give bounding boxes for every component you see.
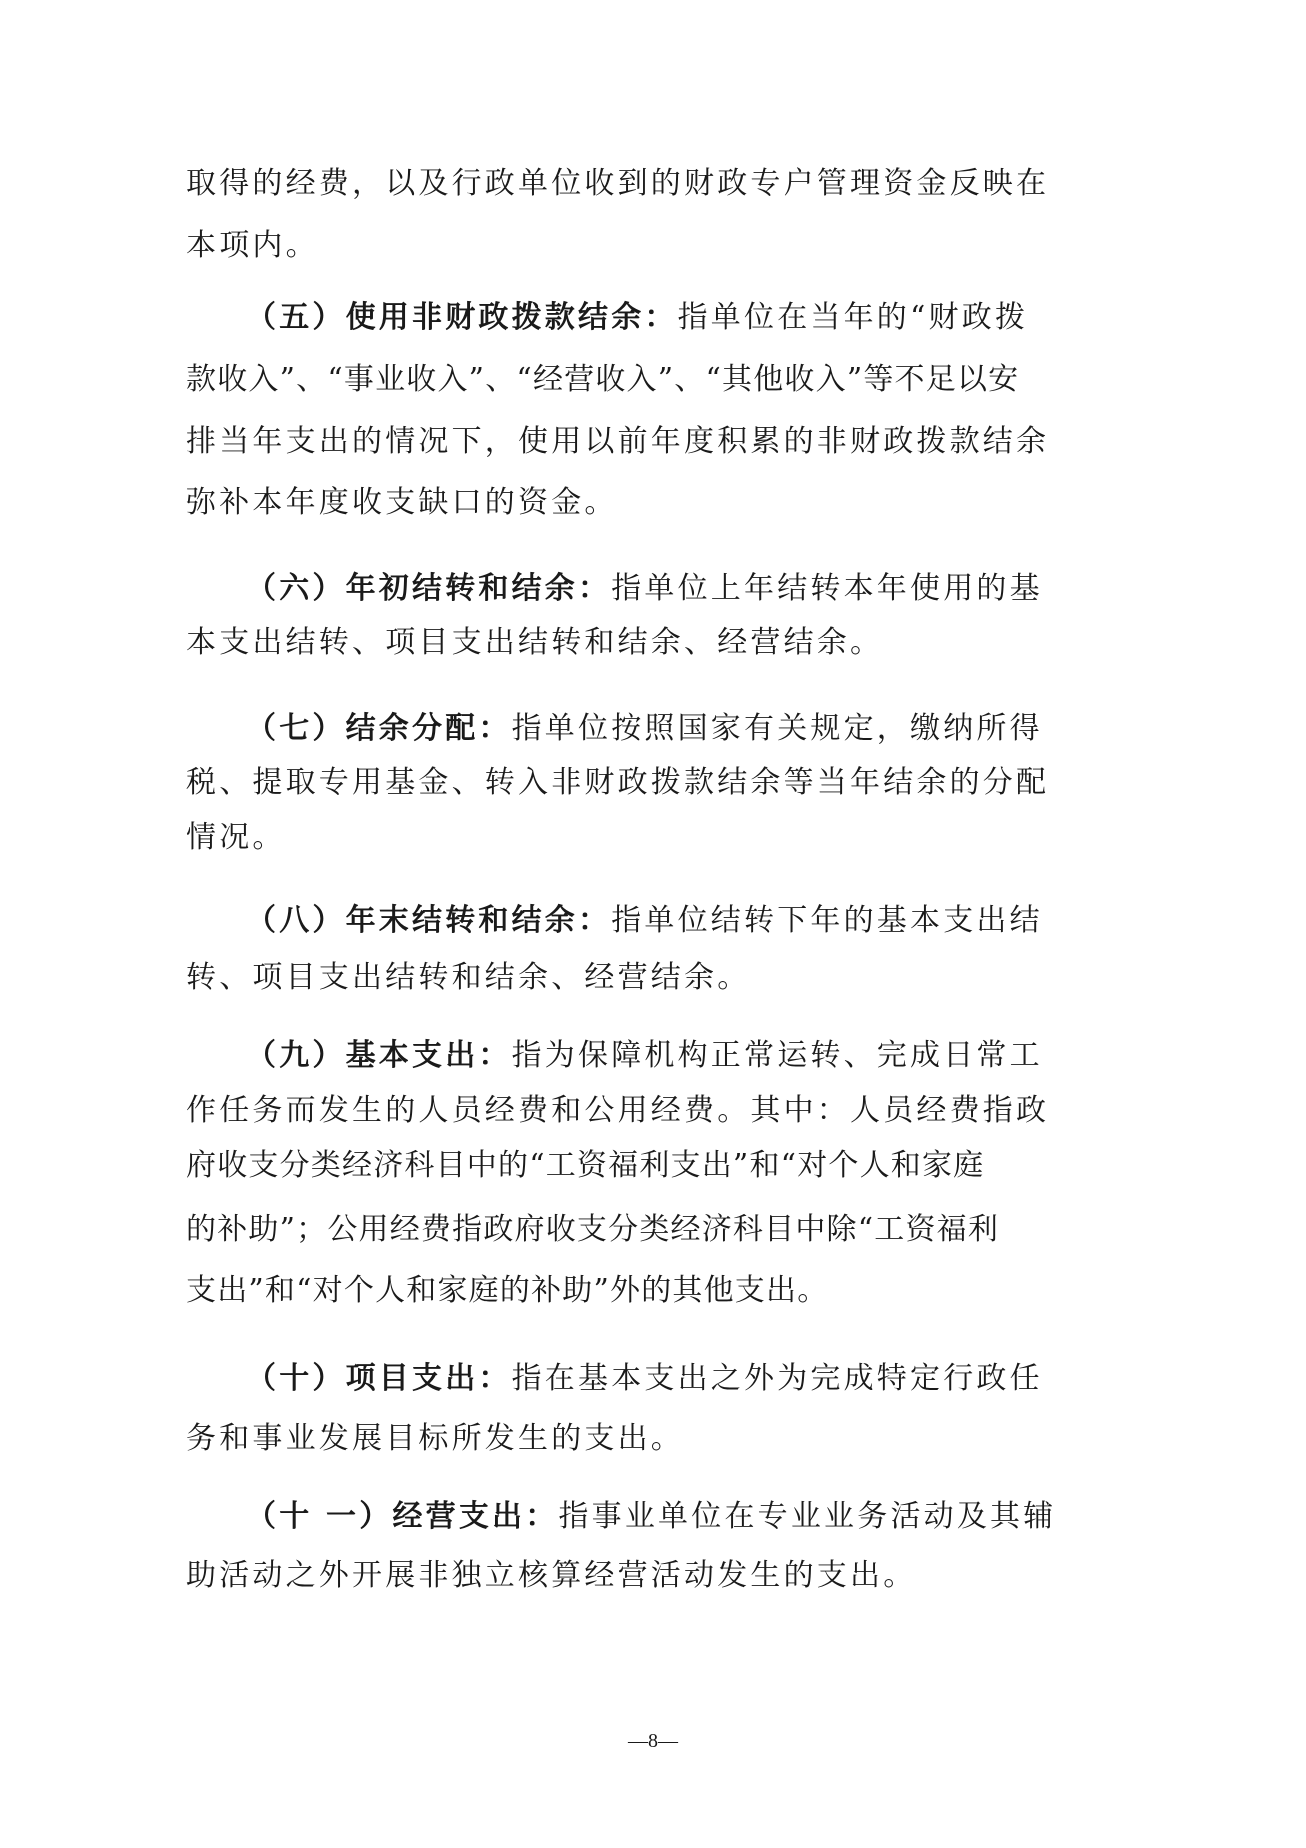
- text-line: 本项内。: [186, 226, 1116, 266]
- text-line: 取得的经费，以及行政单位收到的财政专户管理资金反映在: [186, 164, 1116, 204]
- page-number: —8—: [0, 1726, 1306, 1756]
- section-heading-11: （十 一）经营支出：: [246, 1499, 558, 1534]
- text-span: 指单位按照国家有关规定，缴纳所得: [512, 711, 1043, 746]
- text-line: 款收入”、“事业收入”、“经营收入”、“其他收入”等不足以安: [186, 360, 1116, 400]
- section-heading-7: （七）结余分配：: [246, 711, 512, 746]
- text-line: 情况。: [186, 818, 1116, 858]
- text-line: 府收支分类经济科目中的“工资福利支出”和“对个人和家庭: [186, 1146, 1116, 1186]
- text-span: 指在基本支出之外为完成特定行政任: [512, 1361, 1043, 1396]
- text-span: 指事业单位在专业业务活动及其辅: [558, 1499, 1056, 1534]
- text-line: 税、提取专用基金、转入非财政拨款结余等当年结余的分配: [186, 763, 1116, 803]
- text-span: 指单位结转下年的基本支出结: [611, 903, 1043, 938]
- text-line: 弥补本年度收支缺口的资金。: [186, 483, 1116, 523]
- text-span: 指单位上年结转本年使用的基: [611, 571, 1043, 606]
- paragraph-8-first-line: （八）年末结转和结余：指单位结转下年的基本支出结: [246, 901, 1176, 941]
- text-line: 支出”和“对个人和家庭的补助”外的其他支出。: [186, 1271, 1116, 1311]
- document-page: 取得的经费，以及行政单位收到的财政专户管理资金反映在 本项内。 （五）使用非财政…: [0, 0, 1306, 1848]
- text-span: 指单位在当年的“财政拨: [678, 300, 1029, 335]
- text-line: 助活动之外开展非独立核算经营活动发生的支出。: [186, 1556, 1116, 1596]
- section-heading-9: （九）基本支出：: [246, 1038, 512, 1073]
- paragraph-11-first-line: （十 一）经营支出：指事业单位在专业业务活动及其辅: [246, 1497, 1176, 1537]
- text-line: 的补助”；公用经费指政府收支分类经济科目中除“工资福利: [186, 1210, 1116, 1250]
- text-line: 本支出结转、项目支出结转和结余、经营结余。: [186, 623, 1116, 663]
- paragraph-9-first-line: （九）基本支出：指为保障机构正常运转、完成日常工: [246, 1036, 1176, 1076]
- paragraph-6-first-line: （六）年初结转和结余：指单位上年结转本年使用的基: [246, 569, 1176, 609]
- paragraph-5-first-line: （五）使用非财政拨款结余：指单位在当年的“财政拨: [246, 298, 1176, 338]
- text-line: 务和事业发展目标所发生的支出。: [186, 1419, 1116, 1459]
- text-line: 排当年支出的情况下，使用以前年度积累的非财政拨款结余: [186, 422, 1116, 462]
- text-line: 作任务而发生的人员经费和公用经费。其中：人员经费指政: [186, 1091, 1116, 1131]
- paragraph-7-first-line: （七）结余分配：指单位按照国家有关规定，缴纳所得: [246, 709, 1176, 749]
- section-heading-5: （五）使用非财政拨款结余：: [246, 300, 678, 335]
- section-heading-8: （八）年末结转和结余：: [246, 903, 611, 938]
- text-span: 指为保障机构正常运转、完成日常工: [512, 1038, 1043, 1073]
- text-line: 转、项目支出结转和结余、经营结余。: [186, 958, 1116, 998]
- paragraph-10-first-line: （十）项目支出：指在基本支出之外为完成特定行政任: [246, 1359, 1176, 1399]
- section-heading-10: （十）项目支出：: [246, 1361, 512, 1396]
- section-heading-6: （六）年初结转和结余：: [246, 571, 611, 606]
